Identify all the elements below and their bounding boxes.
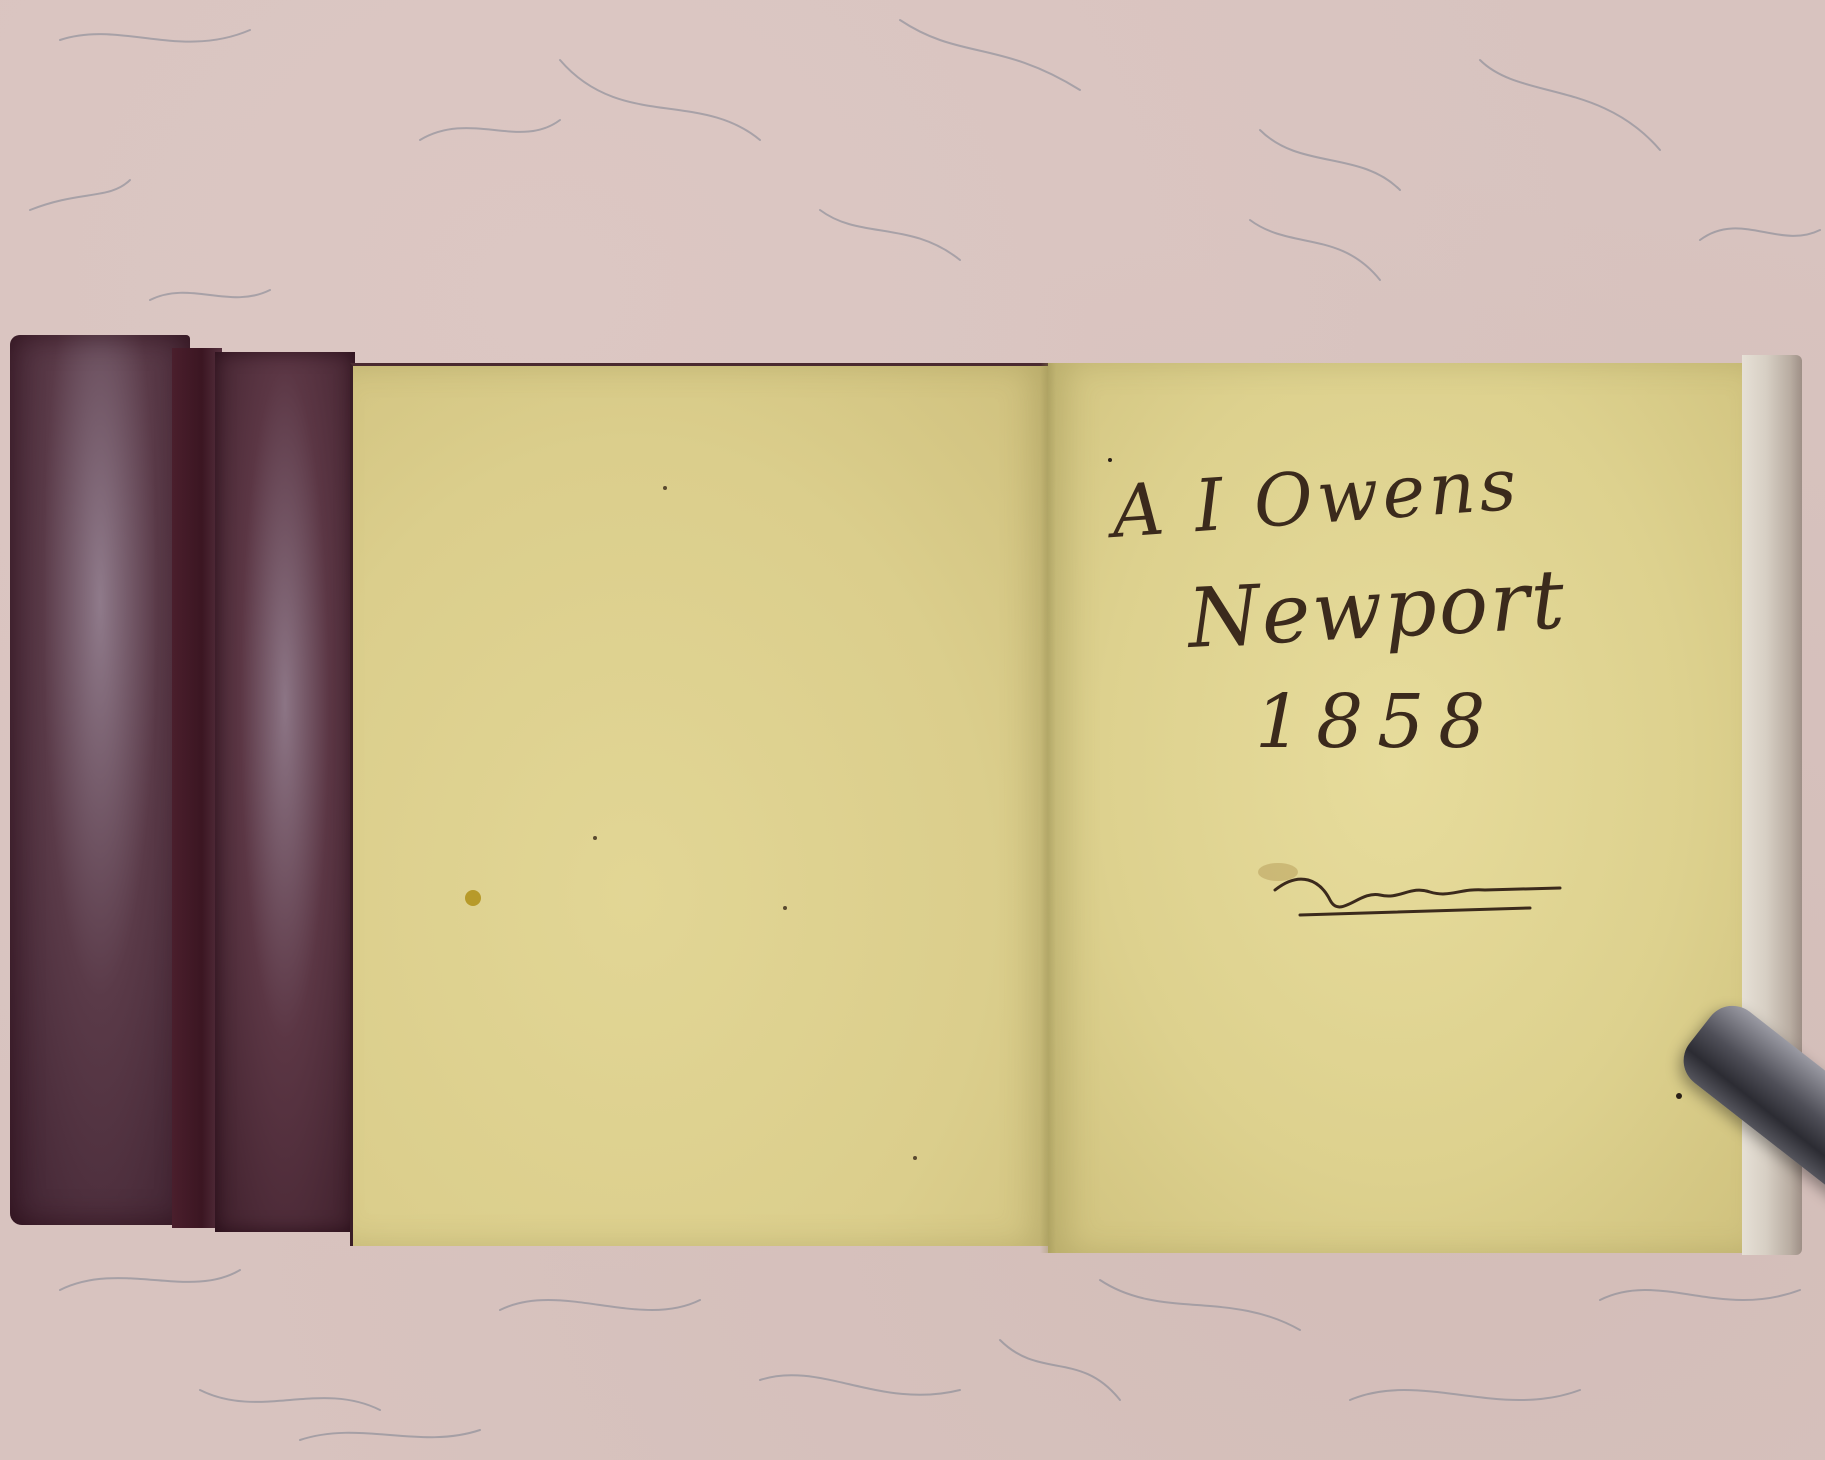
speck: [593, 836, 597, 840]
leather-spine: [10, 335, 190, 1225]
page-gutter: [1040, 363, 1056, 1253]
flourish-underline: [1270, 870, 1570, 940]
speck: [913, 1156, 917, 1160]
left-endpaper: [350, 363, 1051, 1246]
place-name: Newport: [1186, 547, 1672, 667]
stain-spot: [465, 890, 481, 906]
inscription-year: 1858: [1255, 679, 1670, 765]
speck: [663, 486, 667, 490]
speck: [1676, 1093, 1682, 1099]
leather-cover: [215, 352, 355, 1232]
speck: [1108, 458, 1112, 462]
handwritten-inscription: A I Owens Newport 1858: [1110, 470, 1670, 765]
speck: [783, 906, 787, 910]
